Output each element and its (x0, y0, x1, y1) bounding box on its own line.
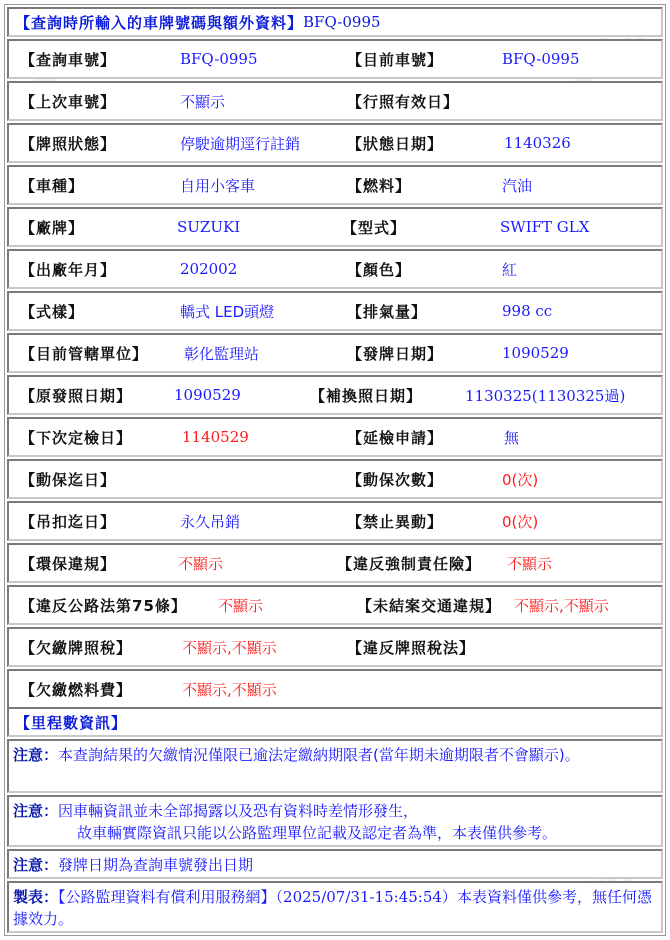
field-label: 【下次定檢日】 (20, 419, 132, 455)
note-1: 注意：本查詢結果的欠繳情況僅限已逾法定繳納期限者(當年期未逾期限者不會顯示)。 (9, 741, 661, 769)
note-row: 注意：本查詢結果的欠繳情況僅限已逾法定繳納期限者(當年期未逾期限者不會顯示)。 (7, 739, 663, 793)
field-label: 【顏色】 (347, 251, 411, 287)
field-label: 【出廠年月】 (20, 251, 116, 287)
field-value: 不顯示 (507, 545, 552, 581)
field-label: 【目前管轄單位】 (20, 335, 148, 371)
field-label: 【欠繳牌照稅】 (20, 629, 132, 665)
field-label: 【環保違規】 (20, 545, 116, 581)
field-value: 1130325(1130325過) (465, 377, 625, 413)
field-value: 202002 (180, 251, 237, 287)
field-label: 【行照有效日】 (347, 83, 459, 119)
footer-row: 製表：【公路監理資料有償利用服務網】（2025/07/31-15:45:54）本… (7, 881, 663, 933)
mileage-title: 【里程數資訊】 (15, 709, 127, 735)
table-row: 【上次車號】不顯示【行照有效日】 (7, 81, 663, 121)
field-label: 【型式】 (342, 209, 406, 245)
field-label: 【延檢申請】 (347, 419, 443, 455)
footer-source: 【公路監理資料有償利用服務網】 (58, 888, 276, 906)
table-row: 【廠牌】SUZUKI【型式】SWIFT GLX (7, 207, 663, 247)
footer-label: 製表： (13, 888, 58, 906)
note-text: 本查詢結果的欠繳情況僅限已逾法定繳納期限者(當年期未逾期限者不會顯示)。 (58, 746, 580, 764)
field-label: 【違反公路法第75條】 (20, 587, 187, 623)
field-value: 0(次) (502, 461, 538, 497)
table-row: 【車種】自用小客車【燃料】汽油 (7, 165, 663, 205)
note-row: 注意：因車輛資訊並未全部揭露以及恐有資料時差情形發生， 故車輛實際資訊只能以公路… (7, 795, 663, 847)
field-value: 紅 (502, 251, 517, 287)
field-label: 【原發照日期】 (20, 377, 132, 413)
field-value: 1090529 (174, 377, 241, 413)
note-3: 注意：發牌日期為查詢車號發出日期 (9, 851, 661, 879)
note-row: 注意：發牌日期為查詢車號發出日期 (7, 849, 663, 879)
field-value: SUZUKI (177, 209, 240, 245)
field-value: 永久吊銷 (180, 503, 240, 539)
field-value: 不顯示,不顯示 (182, 671, 277, 707)
field-value: 1090529 (502, 335, 569, 371)
table-row: 【查詢車號】BFQ-0995【目前車號】BFQ-0995 (7, 39, 663, 79)
note-label: 注意： (13, 856, 58, 874)
table-row: 【下次定檢日】1140529【延檢申請】無 (7, 417, 663, 457)
table-row: 【動保迄日】【動保次數】0(次) (7, 459, 663, 499)
field-label: 【違反強制責任險】 (337, 545, 481, 581)
field-value: 自用小客車 (180, 167, 255, 203)
field-value: 不顯示 (218, 587, 263, 623)
field-value: 不顯示,不顯示 (514, 587, 609, 623)
field-value: 停駛逾期逕行註銷 (180, 125, 300, 161)
header-row: 【查詢時所輸入的車牌號碼與額外資料】 BFQ-0995 (7, 7, 663, 37)
query-plate: BFQ-0995 (303, 13, 381, 31)
field-value: 不顯示 (178, 545, 223, 581)
field-label: 【上次車號】 (20, 83, 116, 119)
mileage-row: 【里程數資訊】 (7, 707, 663, 737)
note-text: 發牌日期為查詢車號發出日期 (58, 856, 253, 874)
field-label: 【燃料】 (347, 167, 411, 203)
note-text: 故車輛實際資訊只能以公路監理單位記載及認定者為準，本表僅供參考。 (13, 822, 657, 844)
field-label: 【查詢車號】 (20, 41, 116, 77)
footer-note: 製表：【公路監理資料有償利用服務網】（2025/07/31-15:45:54）本… (9, 883, 661, 933)
field-label: 【動保次數】 (347, 461, 443, 497)
field-label: 【式樣】 (20, 293, 84, 329)
field-value: 汽油 (502, 167, 532, 203)
field-value: 998 cc (502, 293, 552, 329)
table-row: 【環保違規】不顯示【違反強制責任險】不顯示 (7, 543, 663, 583)
field-label: 【吊扣迄日】 (20, 503, 116, 539)
page-title: 【查詢時所輸入的車牌號碼與額外資料】 BFQ-0995 (15, 9, 381, 35)
note-2: 注意：因車輛資訊並未全部揭露以及恐有資料時差情形發生， 故車輛實際資訊只能以公路… (9, 797, 661, 847)
field-label: 【欠繳燃料費】 (20, 671, 132, 707)
field-value: 不顯示 (180, 83, 225, 119)
field-label: 【牌照狀態】 (20, 125, 116, 161)
field-label: 【動保迄日】 (20, 461, 116, 497)
field-value: BFQ-0995 (502, 41, 580, 77)
field-value: 彰化監理站 (184, 335, 259, 371)
field-value: 轎式 LED頭燈 (180, 293, 274, 329)
field-value: 0(次) (502, 503, 538, 539)
title-text: 【查詢時所輸入的車牌號碼與額外資料】 (15, 12, 303, 33)
field-label: 【發牌日期】 (347, 335, 443, 371)
table-row: 【出廠年月】202002【顏色】紅 (7, 249, 663, 289)
footer-timestamp: （2025/07/31-15:45:54） (276, 888, 457, 906)
table-row: 【牌照狀態】停駛逾期逕行註銷【狀態日期】1140326 (7, 123, 663, 163)
field-value: 無 (504, 419, 519, 455)
field-value: 1140326 (504, 125, 571, 161)
field-label: 【目前車號】 (347, 41, 443, 77)
note-label: 注意： (13, 802, 58, 820)
field-label: 【排氣量】 (347, 293, 427, 329)
field-label: 【未結案交通違規】 (357, 587, 501, 623)
field-label: 【廠牌】 (20, 209, 84, 245)
field-label: 【補換照日期】 (310, 377, 422, 413)
field-value: BFQ-0995 (180, 41, 258, 77)
table-row: 【目前管轄單位】彰化監理站【發牌日期】1090529 (7, 333, 663, 373)
field-label: 【違反牌照稅法】 (347, 629, 475, 665)
table-row: 【原發照日期】1090529【補換照日期】1130325(1130325過) (7, 375, 663, 415)
note-label: 注意： (13, 746, 58, 764)
table-row: 【式樣】轎式 LED頭燈【排氣量】998 cc (7, 291, 663, 331)
field-label: 【狀態日期】 (347, 125, 443, 161)
field-value: SWIFT GLX (500, 209, 589, 245)
note-text: 因車輛資訊並未全部揭露以及恐有資料時差情形發生， (58, 802, 418, 820)
field-value: 不顯示,不顯示 (182, 629, 277, 665)
field-label: 【禁止異動】 (347, 503, 443, 539)
table-row: 【欠繳牌照稅】不顯示,不顯示【違反牌照稅法】 (7, 627, 663, 667)
table-row: 【欠繳燃料費】不顯示,不顯示 (7, 669, 663, 709)
field-value: 1140529 (182, 419, 249, 455)
table-row: 【違反公路法第75條】不顯示【未結案交通違規】不顯示,不顯示 (7, 585, 663, 625)
field-label: 【車種】 (20, 167, 84, 203)
table-row: 【吊扣迄日】永久吊銷【禁止異動】0(次) (7, 501, 663, 541)
